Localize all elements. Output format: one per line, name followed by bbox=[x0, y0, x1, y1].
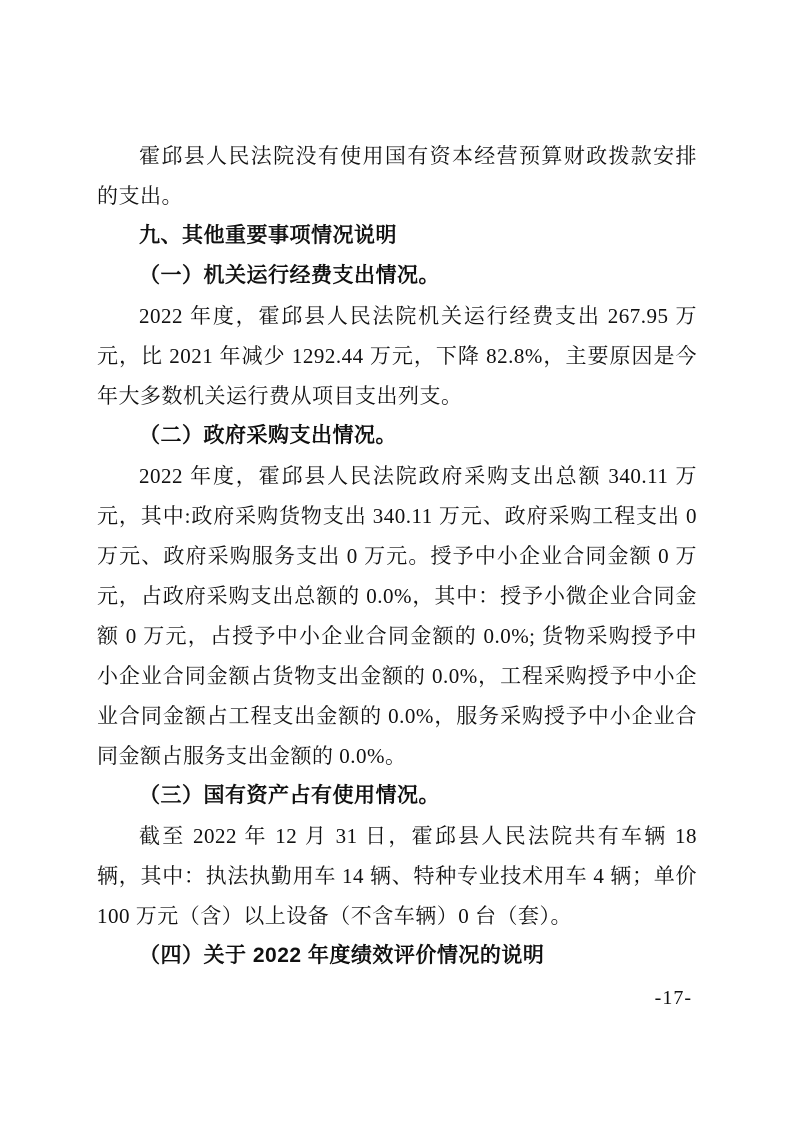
paragraph-state-capital-budget: 霍邱县人民法院没有使用国有资本经营预算财政拨款安排的支出。 bbox=[97, 136, 697, 216]
paragraph-state-assets: 截至 2022 年 12 月 31 日，霍邱县人民法院共有车辆 18 辆，其中：… bbox=[97, 816, 697, 936]
paragraph-agency-operating-expense: 2022 年度，霍邱县人民法院机关运行经费支出 267.95 万元，比 2021… bbox=[97, 296, 697, 416]
page-number: -17- bbox=[655, 987, 692, 1010]
document-page: 霍邱县人民法院没有使用国有资本经营预算财政拨款安排的支出。 九、其他重要事项情况… bbox=[0, 0, 793, 1122]
section-heading-other-important: 九、其他重要事项情况说明 bbox=[97, 216, 697, 256]
paragraph-gov-procurement: 2022 年度，霍邱县人民法院政府采购支出总额 340.11 万元，其中:政府采… bbox=[97, 456, 697, 776]
document-body: 霍邱县人民法院没有使用国有资本经营预算财政拨款安排的支出。 九、其他重要事项情况… bbox=[97, 136, 697, 976]
subsection-heading-state-assets: （三）国有资产占有使用情况。 bbox=[97, 776, 697, 816]
subsection-heading-gov-procurement: （二）政府采购支出情况。 bbox=[97, 416, 697, 456]
subsection-heading-performance-evaluation: （四）关于 2022 年度绩效评价情况的说明 bbox=[97, 936, 697, 976]
subsection-heading-agency-operating-expense: （一）机关运行经费支出情况。 bbox=[97, 256, 697, 296]
